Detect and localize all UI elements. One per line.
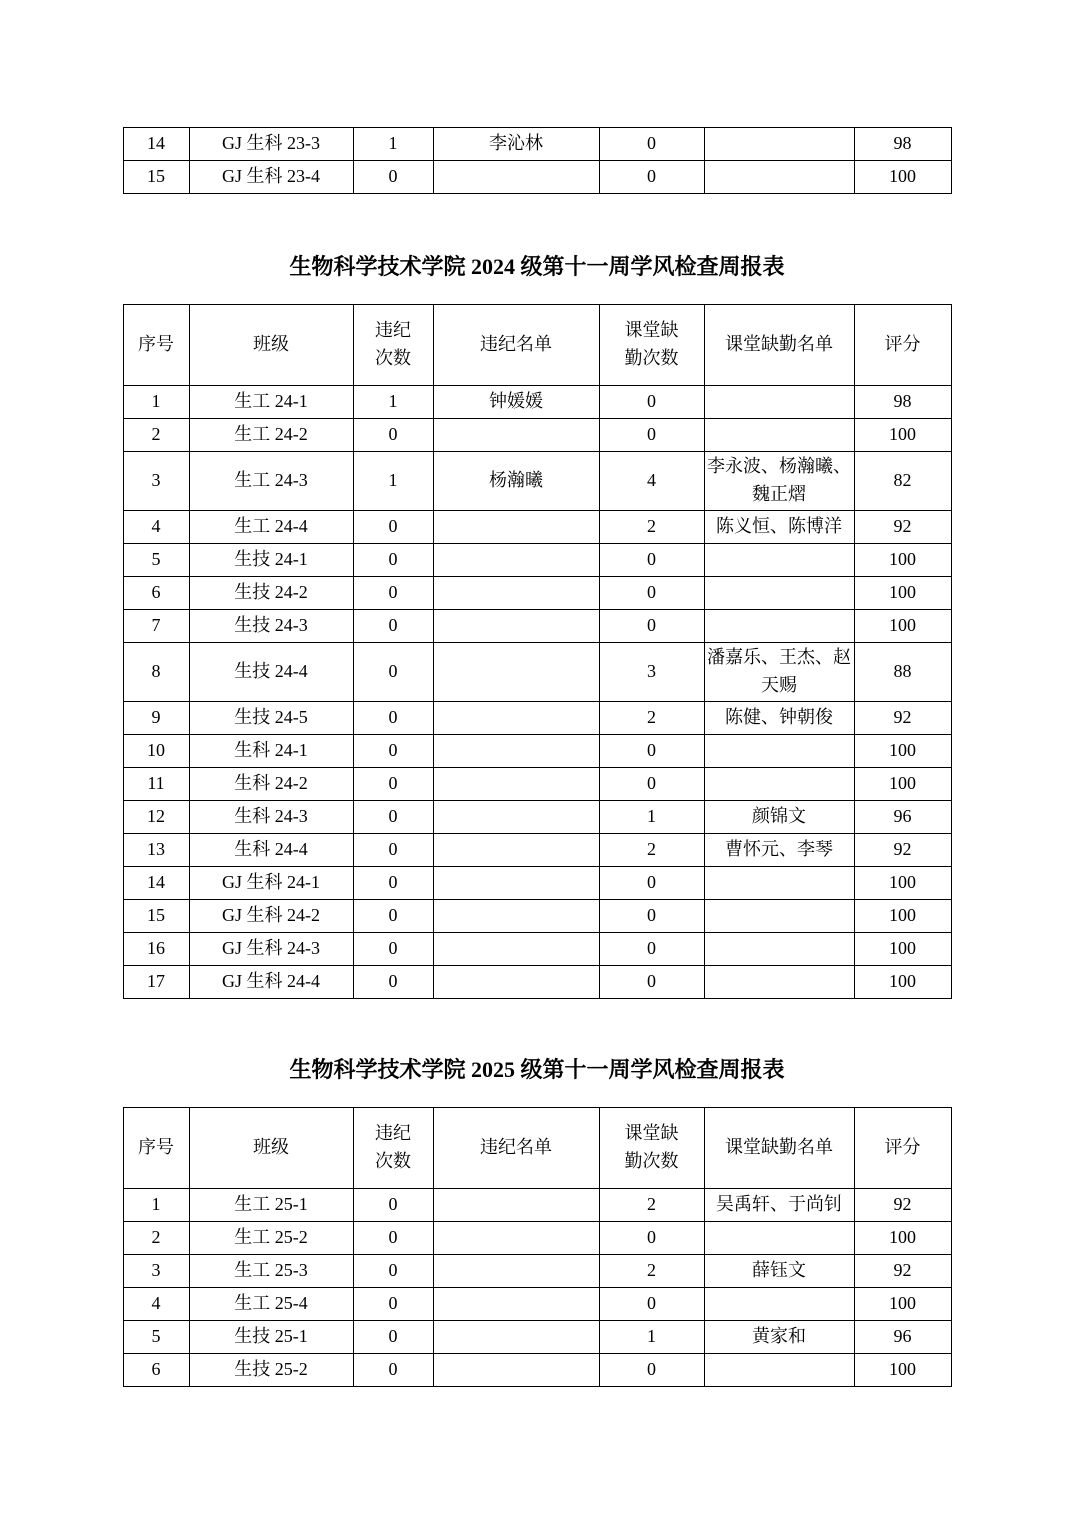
table-cell: 5: [123, 543, 189, 576]
table-cell: 17: [123, 965, 189, 998]
table-row: 1生工 24-11钟媛媛098: [123, 386, 951, 419]
table-cell: 14: [123, 866, 189, 899]
table-row: 1生工 25-102吴禹轩、于尚钊92: [123, 1188, 951, 1221]
table-cell: [433, 609, 599, 642]
table-cell: 颜锦文: [704, 800, 854, 833]
table-cell: 0: [599, 419, 704, 452]
table-cell: 陈义恒、陈博洋: [704, 510, 854, 543]
table-cell: 100: [854, 419, 951, 452]
report-title-grade24: 生物科学技术学院 2024 级第十一周学风检查周报表: [123, 252, 951, 282]
table-cell: 生科 24-1: [189, 734, 353, 767]
table-cell: 4: [123, 1287, 189, 1320]
table-cell: 98: [854, 386, 951, 419]
table-cell: [704, 734, 854, 767]
table-cell: 92: [854, 1254, 951, 1287]
table-cell: 0: [353, 734, 433, 767]
table-cell: 生科 24-2: [189, 767, 353, 800]
table-cell: 14: [123, 128, 189, 161]
table-cell: 92: [854, 1188, 951, 1221]
table-cell: 薛钰文: [704, 1254, 854, 1287]
column-header: 班级: [189, 305, 353, 386]
table-cell: [704, 1221, 854, 1254]
table-row: 12生科 24-301颜锦文96: [123, 800, 951, 833]
table-cell: 2: [599, 1188, 704, 1221]
table-row: 9生技 24-502陈健、钟朝俊92: [123, 701, 951, 734]
table-row: 6生技 25-200100: [123, 1353, 951, 1386]
table-cell: 100: [854, 543, 951, 576]
table-cell: 0: [599, 965, 704, 998]
table-cell: GJ 生科 24-3: [189, 932, 353, 965]
table-cell: 2: [599, 701, 704, 734]
table-cell: 1: [599, 800, 704, 833]
table-cell: 100: [854, 965, 951, 998]
table-cell: [704, 576, 854, 609]
table-cell: GJ 生科 24-1: [189, 866, 353, 899]
table-cell: 生工 25-2: [189, 1221, 353, 1254]
table-cell: 陈健、钟朝俊: [704, 701, 854, 734]
table-cell: 0: [353, 1254, 433, 1287]
table-cell: 11: [123, 767, 189, 800]
table-cell: [704, 543, 854, 576]
table-cell: 0: [353, 800, 433, 833]
table-row: 7生技 24-300100: [123, 609, 951, 642]
table-cell: 7: [123, 609, 189, 642]
table-cell: [433, 866, 599, 899]
column-header: 班级: [189, 1107, 353, 1188]
column-header: 违纪名单: [433, 1107, 599, 1188]
table-cell: [433, 576, 599, 609]
table-cell: 2: [599, 833, 704, 866]
table-cell: 3: [123, 1254, 189, 1287]
table-row: 3生工 24-31杨瀚曦4李永波、杨瀚曦、魏正熠82: [123, 452, 951, 511]
table-cell: 0: [353, 642, 433, 701]
table-cell: 1: [123, 1188, 189, 1221]
table-cell: 82: [854, 452, 951, 511]
table-cell: 0: [599, 734, 704, 767]
table-cell: 100: [854, 1353, 951, 1386]
table-row: 15GJ 生科 24-200100: [123, 899, 951, 932]
table-cell: 0: [599, 1221, 704, 1254]
table-cell: 0: [599, 386, 704, 419]
table-row: 2生工 24-200100: [123, 419, 951, 452]
table-cell: 98: [854, 128, 951, 161]
table-cell: [433, 419, 599, 452]
table-cell: 0: [353, 609, 433, 642]
table-cell: GJ 生科 24-4: [189, 965, 353, 998]
table-cell: 0: [599, 1287, 704, 1320]
table-cell: [704, 609, 854, 642]
table-cell: 潘嘉乐、王杰、赵天赐: [704, 642, 854, 701]
table-cell: 生技 25-1: [189, 1320, 353, 1353]
column-header: 序号: [123, 305, 189, 386]
table-cell: [433, 1353, 599, 1386]
table-cell: [433, 767, 599, 800]
table-row: 14GJ 生科 24-100100: [123, 866, 951, 899]
table-cell: 0: [353, 419, 433, 452]
table-cell: [704, 419, 854, 452]
table-cell: 13: [123, 833, 189, 866]
table-cell: [433, 161, 599, 194]
table-cell: 李沁林: [433, 128, 599, 161]
table-row: 17GJ 生科 24-400100: [123, 965, 951, 998]
table-cell: 生技 24-5: [189, 701, 353, 734]
table-cell: [433, 734, 599, 767]
header-row: 序号班级违纪 次数违纪名单课堂缺 勤次数课堂缺勤名单评分: [123, 305, 951, 386]
report-title-grade25: 生物科学技术学院 2025 级第十一周学风检查周报表: [123, 1055, 951, 1085]
table-row: 5生技 25-101黄家和96: [123, 1320, 951, 1353]
table-cell: 0: [599, 128, 704, 161]
table-cell: 100: [854, 161, 951, 194]
table-cell: 1: [123, 386, 189, 419]
header-row: 序号班级违纪 次数违纪名单课堂缺 勤次数课堂缺勤名单评分: [123, 1107, 951, 1188]
table-body-grade24: 1生工 24-11钟媛媛0982生工 24-2001003生工 24-31杨瀚曦…: [123, 386, 951, 999]
table-cell: 0: [353, 543, 433, 576]
table-cell: 生工 24-1: [189, 386, 353, 419]
table-cell: 曹怀元、李琴: [704, 833, 854, 866]
column-header: 违纪 次数: [353, 305, 433, 386]
table-cell: 1: [353, 128, 433, 161]
table-cell: 0: [599, 767, 704, 800]
column-header: 评分: [854, 1107, 951, 1188]
table-cell: 黄家和: [704, 1320, 854, 1353]
table-cell: 0: [353, 767, 433, 800]
table-cell: 0: [599, 576, 704, 609]
table-cell: [433, 800, 599, 833]
table-cell: 16: [123, 932, 189, 965]
table-cell: 3: [123, 452, 189, 511]
table-row: 8生技 24-403潘嘉乐、王杰、赵天赐88: [123, 642, 951, 701]
table-cell: 10: [123, 734, 189, 767]
table-cell: 生技 24-4: [189, 642, 353, 701]
table-cell: [433, 1188, 599, 1221]
table-cell: [704, 128, 854, 161]
table-cell: [704, 767, 854, 800]
table-cell: 生技 24-1: [189, 543, 353, 576]
table-cell: 0: [599, 609, 704, 642]
table-cell: [433, 510, 599, 543]
table-row: 14GJ 生科 23-31李沁林098: [123, 128, 951, 161]
table-cell: 96: [854, 800, 951, 833]
table-row: 2生工 25-200100: [123, 1221, 951, 1254]
table-cell: 1: [353, 452, 433, 511]
table-row: 10生科 24-100100: [123, 734, 951, 767]
table-cell: 1: [599, 1320, 704, 1353]
table-cell: 92: [854, 701, 951, 734]
table-cell: 92: [854, 510, 951, 543]
table-cell: 2: [599, 1254, 704, 1287]
table-cell: 生工 24-3: [189, 452, 353, 511]
table-cell: [433, 642, 599, 701]
report-table-grade25: 序号班级违纪 次数违纪名单课堂缺 勤次数课堂缺勤名单评分 1生工 25-102吴…: [123, 1107, 952, 1387]
report-table-grade24: 序号班级违纪 次数违纪名单课堂缺 勤次数课堂缺勤名单评分 1生工 24-11钟媛…: [123, 304, 952, 999]
table-cell: 0: [353, 161, 433, 194]
table-cell: 钟媛媛: [433, 386, 599, 419]
table-cell: 生科 24-4: [189, 833, 353, 866]
table-cell: 96: [854, 1320, 951, 1353]
table-cell: 0: [353, 1221, 433, 1254]
table-cell: [433, 1287, 599, 1320]
report-table-grade23: 14GJ 生科 23-31李沁林09815GJ 生科 23-400100: [123, 127, 952, 194]
table-cell: [433, 1320, 599, 1353]
table-cell: 0: [353, 866, 433, 899]
column-header: 课堂缺 勤次数: [599, 305, 704, 386]
table-cell: 100: [854, 1221, 951, 1254]
table-cell: [704, 1287, 854, 1320]
table-cell: 生工 25-1: [189, 1188, 353, 1221]
table-cell: 0: [353, 510, 433, 543]
table-cell: [433, 932, 599, 965]
table-cell: 88: [854, 642, 951, 701]
table-cell: [704, 965, 854, 998]
table-cell: 6: [123, 1353, 189, 1386]
document-page: 14GJ 生科 23-31李沁林09815GJ 生科 23-400100 生物科…: [0, 0, 1074, 1520]
table-cell: 100: [854, 1287, 951, 1320]
table-cell: 0: [599, 866, 704, 899]
table-cell: 100: [854, 899, 951, 932]
column-header: 违纪名单: [433, 305, 599, 386]
table-cell: [433, 833, 599, 866]
table-cell: 4: [123, 510, 189, 543]
column-header: 课堂缺 勤次数: [599, 1107, 704, 1188]
table-cell: 0: [353, 1353, 433, 1386]
table-cell: [704, 1353, 854, 1386]
table-cell: 生工 24-2: [189, 419, 353, 452]
table-cell: 0: [353, 932, 433, 965]
table-row: 16GJ 生科 24-300100: [123, 932, 951, 965]
table-cell: 100: [854, 932, 951, 965]
table-cell: 100: [854, 767, 951, 800]
table-cell: [433, 1221, 599, 1254]
table-cell: 8: [123, 642, 189, 701]
table-cell: 15: [123, 161, 189, 194]
table-cell: 杨瀚曦: [433, 452, 599, 511]
table-cell: 100: [854, 734, 951, 767]
table-row: 6生技 24-200100: [123, 576, 951, 609]
table-row: 3生工 25-302薛钰文92: [123, 1254, 951, 1287]
table-header-grade24: 序号班级违纪 次数违纪名单课堂缺 勤次数课堂缺勤名单评分: [123, 305, 951, 386]
table-cell: 0: [599, 899, 704, 932]
table-row: 11生科 24-200100: [123, 767, 951, 800]
table-cell: [433, 543, 599, 576]
table-cell: 0: [353, 899, 433, 932]
table-cell: [704, 899, 854, 932]
table-cell: 生工 25-3: [189, 1254, 353, 1287]
table-row: 15GJ 生科 23-400100: [123, 161, 951, 194]
column-header: 评分: [854, 305, 951, 386]
column-header: 序号: [123, 1107, 189, 1188]
table-cell: 0: [353, 1287, 433, 1320]
table-cell: 0: [353, 965, 433, 998]
table-row: 13生科 24-402曹怀元、李琴92: [123, 833, 951, 866]
table-cell: 15: [123, 899, 189, 932]
table-cell: [433, 1254, 599, 1287]
table-cell: 100: [854, 576, 951, 609]
table-cell: 0: [599, 543, 704, 576]
table-cell: 生工 25-4: [189, 1287, 353, 1320]
table-header-grade25: 序号班级违纪 次数违纪名单课堂缺 勤次数课堂缺勤名单评分: [123, 1107, 951, 1188]
column-header: 课堂缺勤名单: [704, 1107, 854, 1188]
table-cell: 生科 24-3: [189, 800, 353, 833]
table-cell: 生技 24-3: [189, 609, 353, 642]
table-row: 4生工 25-400100: [123, 1287, 951, 1320]
table-cell: GJ 生科 23-3: [189, 128, 353, 161]
table-body-grade25: 1生工 25-102吴禹轩、于尚钊922生工 25-2001003生工 25-3…: [123, 1188, 951, 1386]
table-cell: 0: [353, 576, 433, 609]
table-cell: 2: [123, 1221, 189, 1254]
table-cell: 0: [353, 701, 433, 734]
column-header: 课堂缺勤名单: [704, 305, 854, 386]
table-cell: 0: [353, 1188, 433, 1221]
table-cell: 0: [599, 161, 704, 194]
table-cell: 2: [599, 510, 704, 543]
table-cell: 0: [599, 1353, 704, 1386]
table-cell: 9: [123, 701, 189, 734]
table-cell: 4: [599, 452, 704, 511]
table-cell: GJ 生科 23-4: [189, 161, 353, 194]
table-cell: [704, 386, 854, 419]
table-cell: 100: [854, 866, 951, 899]
table-cell: [704, 161, 854, 194]
table-cell: 12: [123, 800, 189, 833]
table-cell: 生工 24-4: [189, 510, 353, 543]
table-cell: 0: [353, 833, 433, 866]
table-cell: 吴禹轩、于尚钊: [704, 1188, 854, 1221]
table-row: 4生工 24-402陈义恒、陈博洋92: [123, 510, 951, 543]
table-cell: GJ 生科 24-2: [189, 899, 353, 932]
table-cell: 李永波、杨瀚曦、魏正熠: [704, 452, 854, 511]
table-cell: [704, 866, 854, 899]
column-header: 违纪 次数: [353, 1107, 433, 1188]
table-cell: 3: [599, 642, 704, 701]
table-cell: [704, 932, 854, 965]
table-cell: 0: [599, 932, 704, 965]
table-cell: 100: [854, 609, 951, 642]
table-cell: 92: [854, 833, 951, 866]
table-row: 5生技 24-100100: [123, 543, 951, 576]
table-cell: [433, 701, 599, 734]
table-cell: 1: [353, 386, 433, 419]
table-cell: 生技 24-2: [189, 576, 353, 609]
table-cell: 6: [123, 576, 189, 609]
table-cell: [433, 899, 599, 932]
table-cell: [433, 965, 599, 998]
table-cell: 5: [123, 1320, 189, 1353]
table-cell: 0: [353, 1320, 433, 1353]
table-cell: 生技 25-2: [189, 1353, 353, 1386]
table-body-grade23: 14GJ 生科 23-31李沁林09815GJ 生科 23-400100: [123, 128, 951, 194]
table-cell: 2: [123, 419, 189, 452]
